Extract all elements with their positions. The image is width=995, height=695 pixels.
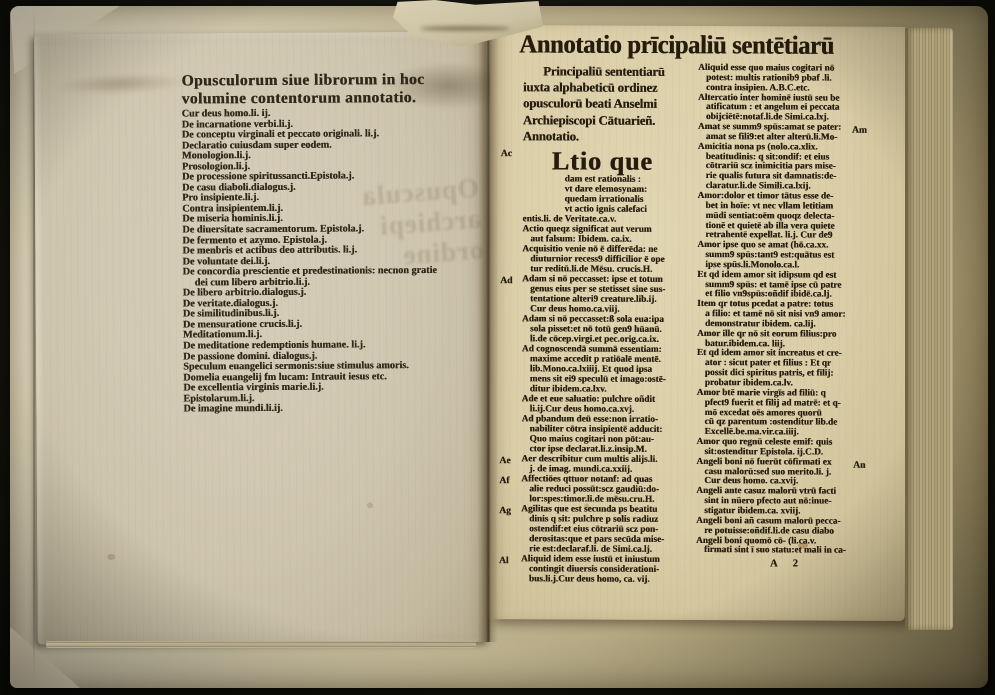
margin-letter: Ad xyxy=(500,276,512,286)
tail-page-edges xyxy=(46,641,476,648)
contents-item: De concordia prescientie et predestinati… xyxy=(183,266,437,289)
index-entry: AgAgilitas que est secunda ps beatitudin… xyxy=(521,504,693,555)
fox-spot xyxy=(367,502,373,508)
margin-letter: Ac xyxy=(501,149,512,159)
index-intro-line: Annotatio. xyxy=(523,128,695,145)
index-entry: Et qd idem amor sit increatus et cre-ato… xyxy=(697,349,857,389)
contents-title-line: Opusculorum siue librorum in hoc xyxy=(181,71,424,90)
contents-title: Opusculorum siue librorum in hoc volumin… xyxy=(181,71,424,108)
signature-mark: A 2 xyxy=(696,559,856,570)
margin-letter: Ae xyxy=(499,456,510,466)
index-entry: Amor:dolor et timor tātus esse de-bet in… xyxy=(697,192,857,242)
contents-item: De imagine mundi.li.ij. xyxy=(183,403,437,415)
margin-letter: Af xyxy=(499,476,509,486)
index-entry: Angeli boni añ casum malorū pecca-re pot… xyxy=(696,517,856,537)
margin-letter: Am xyxy=(852,126,867,136)
margin-letter: Al xyxy=(499,556,509,566)
index-intro-line: Principaliū sententiarū xyxy=(523,63,695,80)
contents-title-line: volumine contentorum annotatio. xyxy=(181,89,424,108)
index-entry: Acquisitio venie nō ē differēda: nediutu… xyxy=(522,244,694,275)
index-entry: Amor ipse quo se amat (hō.ca.xx.summ9 sp… xyxy=(697,241,857,271)
index-entry: AnAngeli boni nō fuerūt cōfirmati excasu… xyxy=(696,458,856,488)
margin-letter: Ag xyxy=(499,506,511,516)
index-entry: Amor quo regnū celeste emif: quissit:ost… xyxy=(696,438,856,458)
index-entry-line: firmati sint ī suo statu:et mali in ca- xyxy=(696,546,856,557)
index-entry: AfAffectiōes qttuor notanf: ad quasalie … xyxy=(521,474,693,505)
left-page: Opusculaarchiepiordine Opusculorum siue … xyxy=(34,32,490,645)
index-intro-line: Archiepiscopi Cātuarieñ. xyxy=(523,112,695,129)
index-intro-line: iuxta alphabeticū ordinez xyxy=(523,79,695,96)
index-entry: Altercatio inter hominē iustū seu beatif… xyxy=(698,94,858,124)
index-entry: Amor ille qr nō sit eorum filius:probatu… xyxy=(697,330,857,350)
index-entry: Ade et eue saluatio: pulchre oñditli.ij.… xyxy=(522,394,694,415)
index-entry: Adam si nō peccasset:ß sola eua:ipasola … xyxy=(522,314,694,345)
index-entry: AcLtio quedam est rationalis :vt dare el… xyxy=(522,147,694,225)
fox-spot xyxy=(107,554,115,560)
index-entry: Aliquid esse quo maius cogitari nōpotest… xyxy=(698,64,858,94)
margin-letter: An xyxy=(853,460,865,470)
contents-list: Cur deus homo.li. ij.De incarnatione ver… xyxy=(182,108,438,415)
contents-item-line: De imagine mundi.li.ij. xyxy=(183,403,437,415)
right-page: Annotatio prīcipaliū sentētiarū Principa… xyxy=(488,25,908,621)
index-entry: Angeli boni quomō cō- (li.ca.v.firmati s… xyxy=(696,536,856,556)
index-column-left: Principaliū sententiarūiuxta alphabeticū… xyxy=(521,63,695,585)
index-intro-line: opusculorū beati Anselmi xyxy=(523,96,695,113)
index-entry: Angeli ante casuz malorū vtrū factisint … xyxy=(696,487,856,517)
index-entry: Ad cognoscendā summā essentiam:maxime ac… xyxy=(522,344,694,395)
index-entry: Amicitia nona ps (nolo.ca.xlix.beatitudi… xyxy=(698,143,858,193)
index-entry: Amor btē marie virgīs ad filiū: qpfect9 … xyxy=(696,389,856,439)
index-entry: Ad pbandum deū esse:non irratio-nabilite… xyxy=(521,414,693,455)
index-intro: Principaliū sententiarūiuxta alphabeticū… xyxy=(523,63,695,145)
photo-backdrop: Opusculaarchiepiordine Opusculorum siue … xyxy=(0,0,995,695)
index-column-right: Aliquid esse quo maius cogitari nōpotest… xyxy=(696,64,858,570)
entry-large-initial: Ltio que xyxy=(523,147,695,175)
index-entry: AeAer describitur cum multis alijs.li.j.… xyxy=(521,454,693,475)
index-entry: AlAliquid idem esse iustū et iniustumcon… xyxy=(521,554,693,585)
index-entry: Item qr totus pcedat a patre: totusa fil… xyxy=(697,300,857,330)
index-header: Annotatio prīcipaliū sentētiarū xyxy=(519,30,901,61)
stain xyxy=(56,71,187,96)
fore-edge xyxy=(905,28,953,630)
index-entry: Actio queqz significat aut verumaut fals… xyxy=(522,224,694,245)
index-entry: AmAmat se summ9 spūs:amat se pater:amat … xyxy=(698,123,858,143)
index-entry-line: bus.li.j.Cur deus homo, ca. vij. xyxy=(521,574,693,585)
index-entry: AdAdam si nō peccasset: ipse et totumgen… xyxy=(522,274,694,315)
index-entry: Et qd idem amor sit idipsum qd estsumm9 … xyxy=(697,271,857,301)
